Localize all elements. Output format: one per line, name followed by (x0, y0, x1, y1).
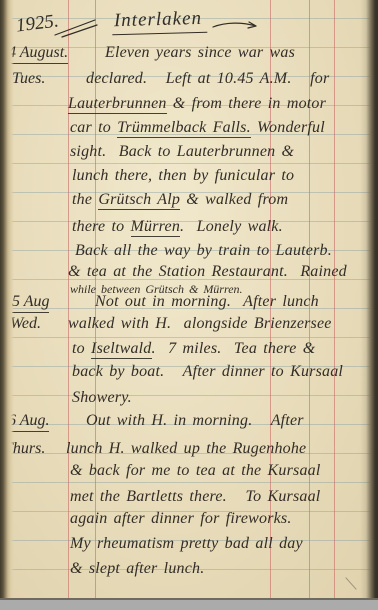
line-text: Showery. (72, 389, 132, 407)
journal-line: My rheumatism pretty bad all day (0, 535, 378, 559)
journal-line: 4 August.Eleven years since war was (0, 44, 378, 68)
line-text: & slept after lunch. (70, 560, 204, 578)
underlined-place: Iseltwald (91, 340, 151, 359)
journal-line: Tues.declared. Left at 10.45 A.M. for (0, 70, 378, 94)
date-label: Tues. (12, 70, 45, 88)
journal-line: back by boat. After dinner to Kursaal (0, 363, 378, 387)
journal-line: again after dinner for fireworks. (0, 510, 378, 534)
date-label: Wed. (10, 315, 41, 333)
book-binding-edge (0, 0, 14, 600)
line-text: walked with H. alongside Brienzersee (68, 315, 332, 333)
journal-line: to Iseltwald. 7 miles. Tea there & (0, 340, 378, 364)
line-text: lunch H. walked up the Rugenhohe (66, 440, 306, 458)
line-text: declared. Left at 10.45 A.M. for (86, 70, 329, 88)
date-label: 6 Aug. (8, 412, 49, 432)
date-label: 5 Aug (12, 293, 49, 313)
line-text: again after dinner for fireworks. (70, 510, 292, 528)
journal-line: Showery. (0, 389, 378, 413)
line-text: lunch there, then by funicular to (72, 167, 294, 185)
underlined-place: Grütsch Alp (98, 191, 180, 210)
line-text: car to Trümmelback Falls. Wonderful (70, 119, 325, 137)
journal-line: car to Trümmelback Falls. Wonderful (0, 119, 378, 143)
journal-line: & back for me to tea at the Kursaal (0, 462, 378, 486)
scanned-diary-page: 1925. Interlaken 4 August.Eleven years s… (0, 0, 378, 610)
line-text: Lauterbrunnen & from there in motor (68, 95, 326, 113)
line-text: Back all the way by train to Lauterb. (75, 242, 332, 260)
underlined-place: Lauterbrunnen (68, 95, 167, 114)
journal-line: there to Mürren. Lonely walk. (0, 218, 378, 242)
flourish-stroke-icon (54, 16, 100, 40)
line-text: to Iseltwald. 7 miles. Tea there & (72, 340, 315, 358)
arrow-stroke-icon (212, 17, 260, 33)
line-text: My rheumatism pretty bad all day (70, 535, 303, 553)
line-text: Not out in morning. After lunch (95, 293, 319, 311)
line-text: Out with H. in morning. After (86, 412, 304, 430)
journal-line: Lauterbrunnen & from there in motor (0, 95, 378, 119)
journal-line: sight. Back to Lauterbrunnen & (0, 143, 378, 167)
journal-line: Thurs.lunch H. walked up the Rugenhohe (0, 440, 378, 464)
journal-line: & slept after lunch. (0, 560, 378, 584)
journal-line: the Grütsch Alp & walked from (0, 191, 378, 215)
date-label: 4 August. (8, 44, 68, 64)
page-right-edge (360, 0, 378, 600)
line-text: met the Bartletts there. To Kursaal (70, 488, 320, 506)
line-text: & tea at the Station Restaurant. Rained (68, 263, 347, 281)
line-text: the Grütsch Alp & walked from (72, 191, 288, 209)
line-text: & back for me to tea at the Kursaal (70, 462, 321, 480)
line-text: there to Mürren. Lonely walk. (72, 218, 283, 236)
journal-line: 6 Aug.Out with H. in morning. After (0, 412, 378, 436)
line-text: sight. Back to Lauterbrunnen & (70, 143, 294, 161)
page-title: Interlaken (112, 8, 208, 35)
line-text: Eleven years since war was (105, 44, 295, 62)
underlined-place: Trümmelback Falls. (117, 119, 251, 138)
journal-line: met the Bartletts there. To Kursaal (0, 488, 378, 512)
journal-line: 5 AugNot out in morning. After lunch (0, 293, 378, 317)
line-text: back by boat. After dinner to Kursaal (72, 363, 343, 381)
journal-line: Wed.walked with H. alongside Brienzersee (0, 315, 378, 339)
scan-background (0, 598, 378, 610)
journal-line: lunch there, then by funicular to (0, 167, 378, 191)
underlined-place: Mürren (131, 218, 181, 237)
